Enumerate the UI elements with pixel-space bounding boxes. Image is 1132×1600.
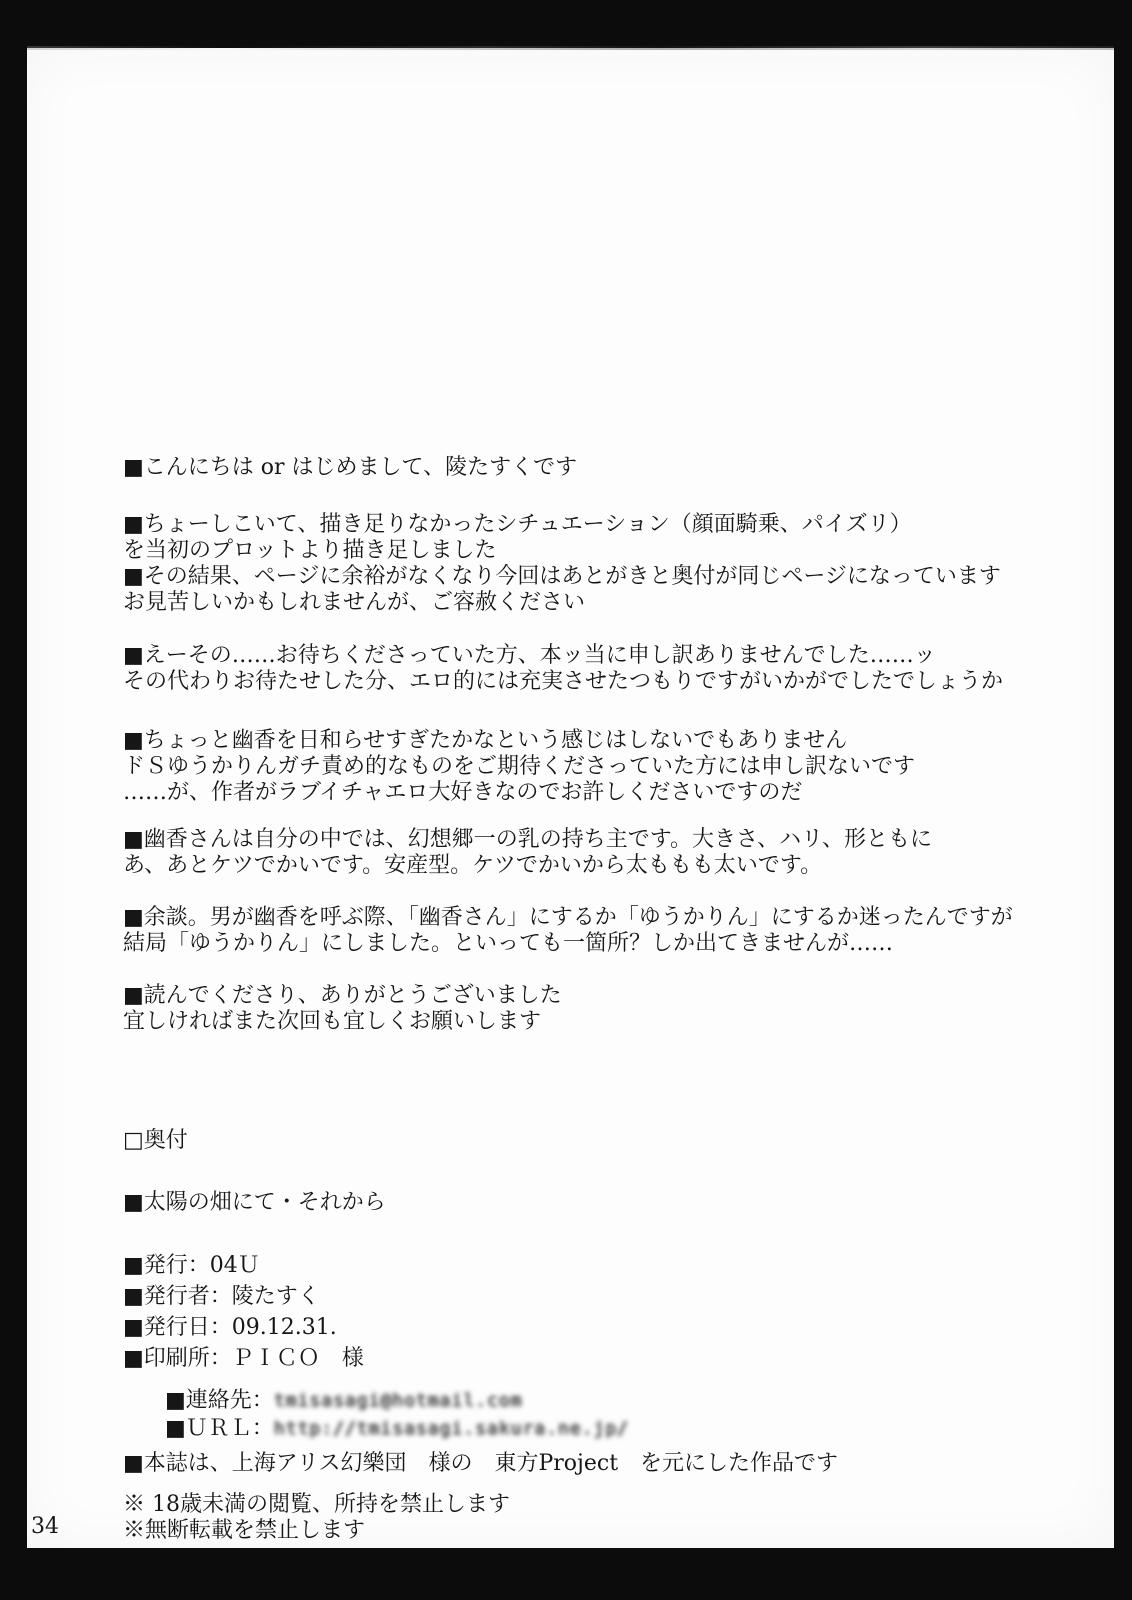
afterword-paragraph: ■ちょーしこいて、描き足りなかったシチュエーション（顔面騎乗、パイズリ）を当初の… (123, 512, 1001, 616)
afterword-paragraph: ■えーその……お待ちくださっていた方、本ッ当に申し訳ありませんでした……ッその代… (123, 643, 1003, 695)
text-line: あ、あとケツでかいです。安産型。ケツでかいから太ももも太いです。 (123, 853, 932, 879)
colophon-heading: □奥付 (123, 1128, 188, 1154)
text-line: を当初のプロットより描き足しました (123, 538, 1001, 564)
text-line: ■読んでくださり、ありがとうございました (123, 983, 562, 1009)
text-line: 宜しければまた次回も宜しくお願いします (123, 1009, 562, 1035)
text-line: ※ 18歳未満の閲覧、所持を禁止します (123, 1492, 510, 1518)
text-line: ■えーその……お待ちくださっていた方、本ッ当に申し訳ありませんでした……ッ (123, 643, 1003, 669)
text-line: ■その結果、ページに余裕がなくなり今回はあとがきと奥付が同じページになっています (123, 564, 1001, 590)
text-line: その代わりお待たせした分、エロ的には充実させたつもりですがいかがでしたでしょうか (123, 669, 1003, 695)
credit-line: ■本誌は、上海アリス幻樂団 様の 東方Project を元にした作品です (123, 1451, 838, 1477)
text-line: ■発行者：陵たすく (123, 1281, 364, 1312)
afterword-paragraph: ■余談。男が幽香を呼ぶ際、「幽香さん」にするか「ゆうかりん」にするか迷ったんです… (123, 905, 1013, 957)
scanned-page: ■こんにちは or はじめまして、陵たすくです■ちょーしこいて、描き足りなかった… (0, 0, 1132, 1600)
text-line: ■ちょっと幽香を日和らせすぎたかなという感じはしないでもありません (123, 728, 915, 754)
url-label: ■ＵＲＬ： (165, 1416, 274, 1441)
text-line: お見苦しいかもしれませんが、ご容赦ください (123, 590, 1001, 616)
text-line: ……が、作者がラブイチャエロ大好きなのでお許しくださいですのだ (123, 780, 915, 806)
paper: ■こんにちは or はじめまして、陵たすくです■ちょーしこいて、描き足りなかった… (27, 48, 1114, 1548)
text-line: ■ちょーしこいて、描き足りなかったシチュエーション（顔面騎乗、パイズリ） (123, 512, 1001, 538)
censored-url: http://tmisasagi.sakura.ne.jp/ (274, 1418, 629, 1439)
afterword-paragraph: ■こんにちは or はじめまして、陵たすくです (123, 455, 577, 481)
afterword-paragraph: ■ちょっと幽香を日和らせすぎたかなという感じはしないでもありませんドＳゆうかりん… (123, 728, 915, 806)
text-line: ※無断転載を禁止します (123, 1518, 510, 1544)
afterword-paragraph: ■幽香さんは自分の中では、幻想郷一の乳の持ち主です。大きさ、ハリ、形ともにあ、あ… (123, 827, 932, 879)
text-line: ■余談。男が幽香を呼ぶ際、「幽香さん」にするか「ゆうかりん」にするか迷ったんです… (123, 905, 1013, 931)
text-line: ■こんにちは or はじめまして、陵たすくです (123, 455, 577, 481)
notices: ※ 18歳未満の閲覧、所持を禁止します※無断転載を禁止します (123, 1492, 510, 1544)
book-title: ■太陽の畑にて・それから (123, 1190, 386, 1216)
page-number: 34 (31, 1514, 59, 1539)
text-line: ■発行日：09.12.31. (123, 1312, 364, 1343)
text-line: ドＳゆうかりんガチ責め的なものをご期待くださっていた方には申し訳ないです (123, 754, 915, 780)
publisher-info: ■発行：04Ｕ■発行者：陵たすく■発行日：09.12.31.■印刷所：ＰＩＣＯ … (123, 1250, 364, 1374)
afterword-paragraph: ■読んでくださり、ありがとうございました宜しければまた次回も宜しくお願いします (123, 983, 562, 1035)
text-line: ■幽香さんは自分の中では、幻想郷一の乳の持ち主です。大きさ、ハリ、形ともに (123, 827, 932, 853)
text-line: 結局「ゆうかりん」にしました。といっても一箇所？しか出てきませんが…… (123, 931, 1013, 957)
text-line: ■発行：04Ｕ (123, 1250, 364, 1281)
